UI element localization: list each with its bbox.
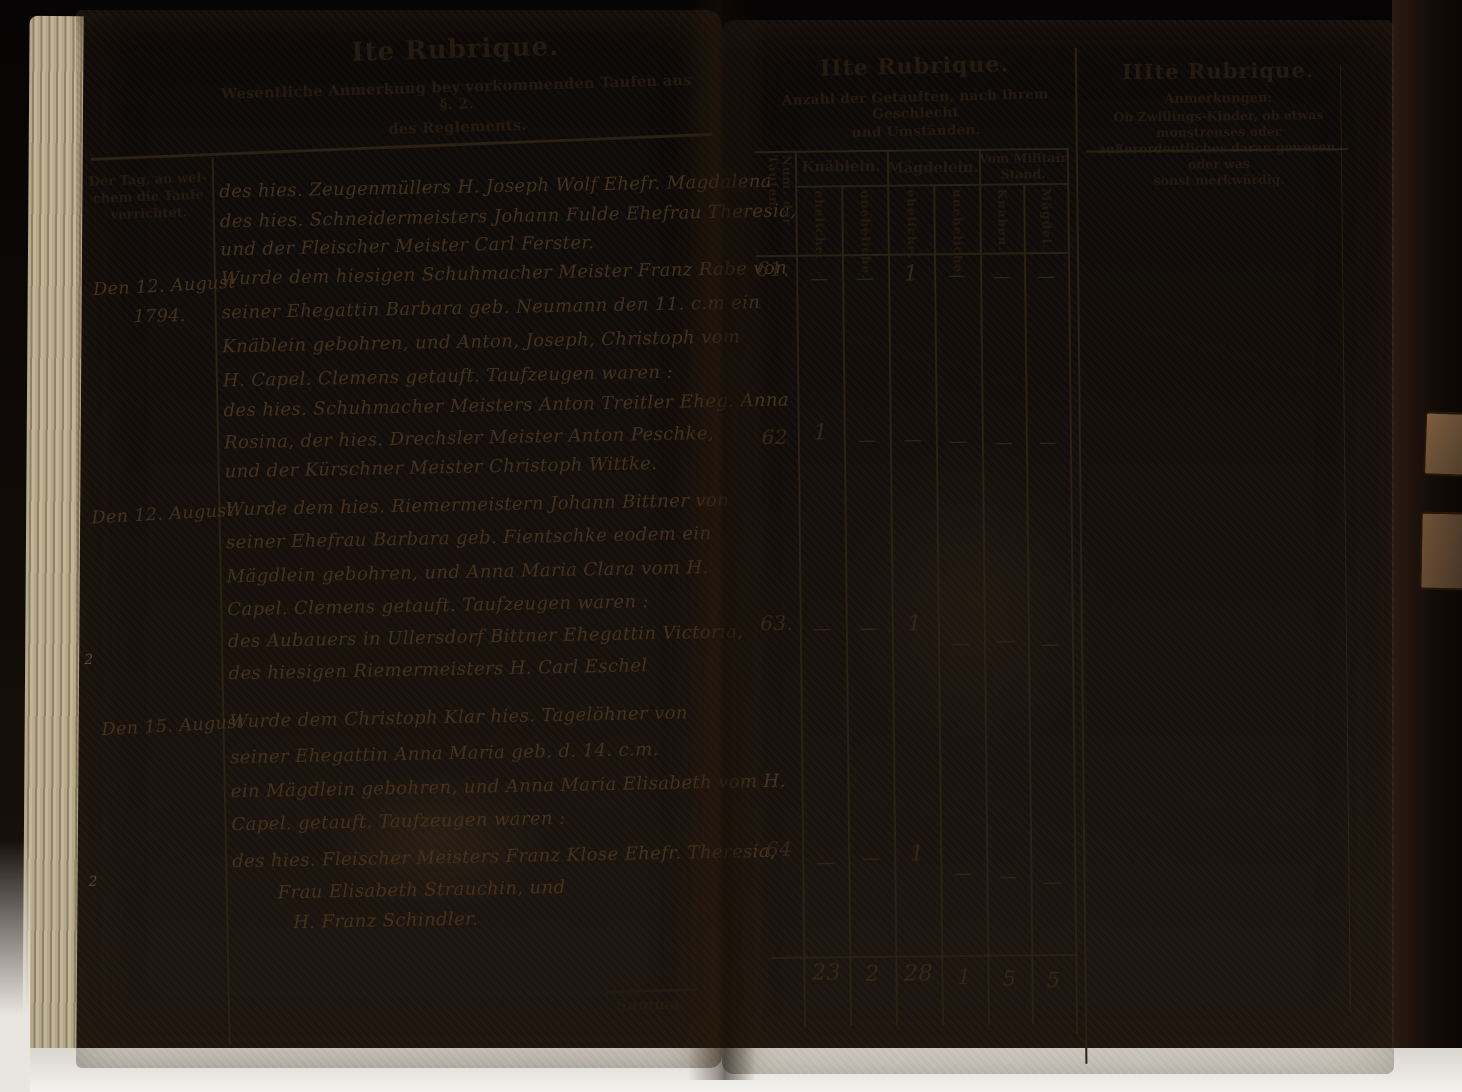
rubrique2-header: IIte Rubrique. Anzahl der Getauften, nac… <box>754 50 1076 144</box>
subhead-uneheliche-2: uneheliche. <box>950 189 965 251</box>
subhead-eheliche-2: eheliche. <box>904 189 919 251</box>
table-cell: — <box>805 852 845 873</box>
book-gutter-shadow <box>688 0 756 1080</box>
rubrique3-line1: Ob Zwillings-Kinder, ob etwas monstreuse… <box>1085 107 1351 142</box>
entry1-line: seiner Ehegattin Barbara geb. Neumann de… <box>221 292 760 323</box>
table-cell: 1 <box>895 611 935 636</box>
entry-carryover-line: und der Fleischer Meister Carl Ferster. <box>220 232 595 260</box>
entry2-line: seiner Ehefrau Barbara geb. Fientschke e… <box>226 523 712 553</box>
left-page-header: Ite Rubrique. Wesentliche Anmerkung bey … <box>215 28 698 143</box>
entry2-line: Wurde dem hies. Riemermeistern Johann Bi… <box>225 490 729 521</box>
date-column-header: Der Tag, an wel- chem die Taufe verricht… <box>87 171 211 226</box>
table-cell: — <box>939 431 979 452</box>
summa-cell: 5 <box>989 966 1029 990</box>
table-cell: 1 <box>897 841 937 866</box>
entry2-line: des hiesigen Riemermeisters H. Carl Esch… <box>228 655 647 684</box>
table-cell: — <box>982 266 1022 287</box>
table-cell: — <box>1030 634 1070 655</box>
entry1-line: Rosina, der hies. Drechsler Meister Anto… <box>224 423 714 453</box>
table-cell: — <box>943 863 983 884</box>
rubrique3-line2: außerordentliches daran gewesen, oder wa… <box>1086 139 1352 174</box>
table-cell: — <box>937 265 977 286</box>
left-page: Ite Rubrique. Wesentliche Anmerkung bey … <box>76 10 722 1068</box>
rubrique2-title: IIte Rubrique. <box>754 50 1075 84</box>
entry2-line: Capel. Clemens getauft. Taufzeugen waren… <box>227 591 649 620</box>
book-clasp-bottom <box>1419 512 1462 591</box>
table-cell: — <box>1032 872 1072 893</box>
summa-label: Summa <box>607 988 699 1014</box>
row-num: 64 <box>759 837 799 861</box>
rubrique1-title: Ite Rubrique. <box>215 28 696 72</box>
table-cell: 1 <box>891 261 931 286</box>
rubrique2-subtitle-line1: Anzahl der Getauften, nach ihrem Geschle… <box>755 86 1076 126</box>
group-maegdelein: Mägdelein. <box>887 159 979 177</box>
entry3-line: seiner Ehegattin Anna Maria geb. d. 14. … <box>230 739 659 768</box>
entry3-line: H. Franz Schindler. <box>293 909 478 934</box>
table-cell: — <box>988 866 1028 887</box>
summa-cell: 5 <box>1033 968 1073 992</box>
table-cell: — <box>849 618 889 639</box>
summa-cell: 28 <box>898 961 938 986</box>
table-cell: — <box>1026 266 1066 287</box>
rubrique3-title: IIIte Rubrique. <box>1085 57 1351 85</box>
margin-mark: 2 <box>84 652 93 668</box>
right-margin-rule <box>1340 65 1351 1011</box>
table-summa-rule <box>771 954 1075 959</box>
rubrique3-header: IIIte Rubrique. Anmerkungen: Ob Zwilling… <box>1085 57 1352 189</box>
summa-cell: 23 <box>804 960 848 985</box>
entry2-line: Mägdlein gebohren, und Anna Maria Clara … <box>226 557 708 587</box>
table-cell: — <box>986 630 1026 651</box>
entry3-line: Capel. getauft. Taufzeugen waren : <box>231 808 565 835</box>
book-clasp-top <box>1423 411 1462 476</box>
entry1-year: 1794. <box>133 306 185 327</box>
rubrique1-subtitle-line1: Wesentliche Anmerkung bey vorkommenden T… <box>216 72 697 120</box>
right-page: IIte Rubrique. Anzahl der Getauften, nac… <box>722 20 1394 1074</box>
scanned-register-spread: Ite Rubrique. Wesentliche Anmerkung bey … <box>0 0 1462 1092</box>
table-cell: — <box>984 432 1024 453</box>
table-col-rule <box>1023 184 1034 1024</box>
table-col-rule <box>933 185 944 1025</box>
entry2-line: des Aubauers in Ullersdorf Bittner Ehega… <box>228 621 744 652</box>
entry1-line: H. Capel. Clemens getauft. Taufzeugen wa… <box>223 362 673 392</box>
row-num: 63. <box>757 611 797 635</box>
table-cell: — <box>893 429 933 450</box>
group-militair-line1: Vom Militair <box>979 150 1067 167</box>
num-column-label: Num. der Taufen. <box>766 155 795 255</box>
table-cell: — <box>851 848 891 869</box>
rubrique3-line3: sonst merkwürdig. <box>1086 171 1352 190</box>
row-num: 62 <box>755 425 795 449</box>
subhead-maegdel: Mägdel. <box>1039 188 1054 250</box>
group-militair: Vom Militair Stand. <box>979 150 1067 182</box>
entry3-line: Frau Elisabeth Strauchin, und <box>278 877 566 904</box>
table-cell: — <box>1028 432 1068 453</box>
subhead-eheliche-1: eheliche. <box>812 190 827 252</box>
table-cell: — <box>799 268 839 289</box>
table-cell: — <box>941 633 981 654</box>
summa-cell: 1 <box>944 965 984 989</box>
table-group-rule <box>795 183 1069 188</box>
group-militair-line2: Stand. <box>979 166 1067 183</box>
margin-mark: 2 <box>88 874 97 890</box>
table-cell: — <box>847 430 887 451</box>
subhead-uneheliche-1: uneheliche. <box>858 190 873 252</box>
summa-cell: 2 <box>852 962 892 987</box>
entry1-line: und der Kürschner Meister Christoph Witt… <box>224 453 657 482</box>
table-cell: 1 <box>801 420 841 445</box>
table-cell: — <box>803 618 843 639</box>
subhead-knaben: Knaben. <box>995 188 1010 250</box>
table-col-rule <box>841 186 852 1026</box>
entry1-line: Knäblein gebohren, und Anton, Joseph, Ch… <box>222 326 740 357</box>
table-cell: — <box>845 268 885 289</box>
row-num: 61. <box>753 257 793 281</box>
group-knaeblein: Knäblein. <box>795 158 887 176</box>
entry3-line: Wurde dem Christoph Klar hies. Tagelöhne… <box>229 702 688 732</box>
scan-bed-left <box>0 840 30 1092</box>
